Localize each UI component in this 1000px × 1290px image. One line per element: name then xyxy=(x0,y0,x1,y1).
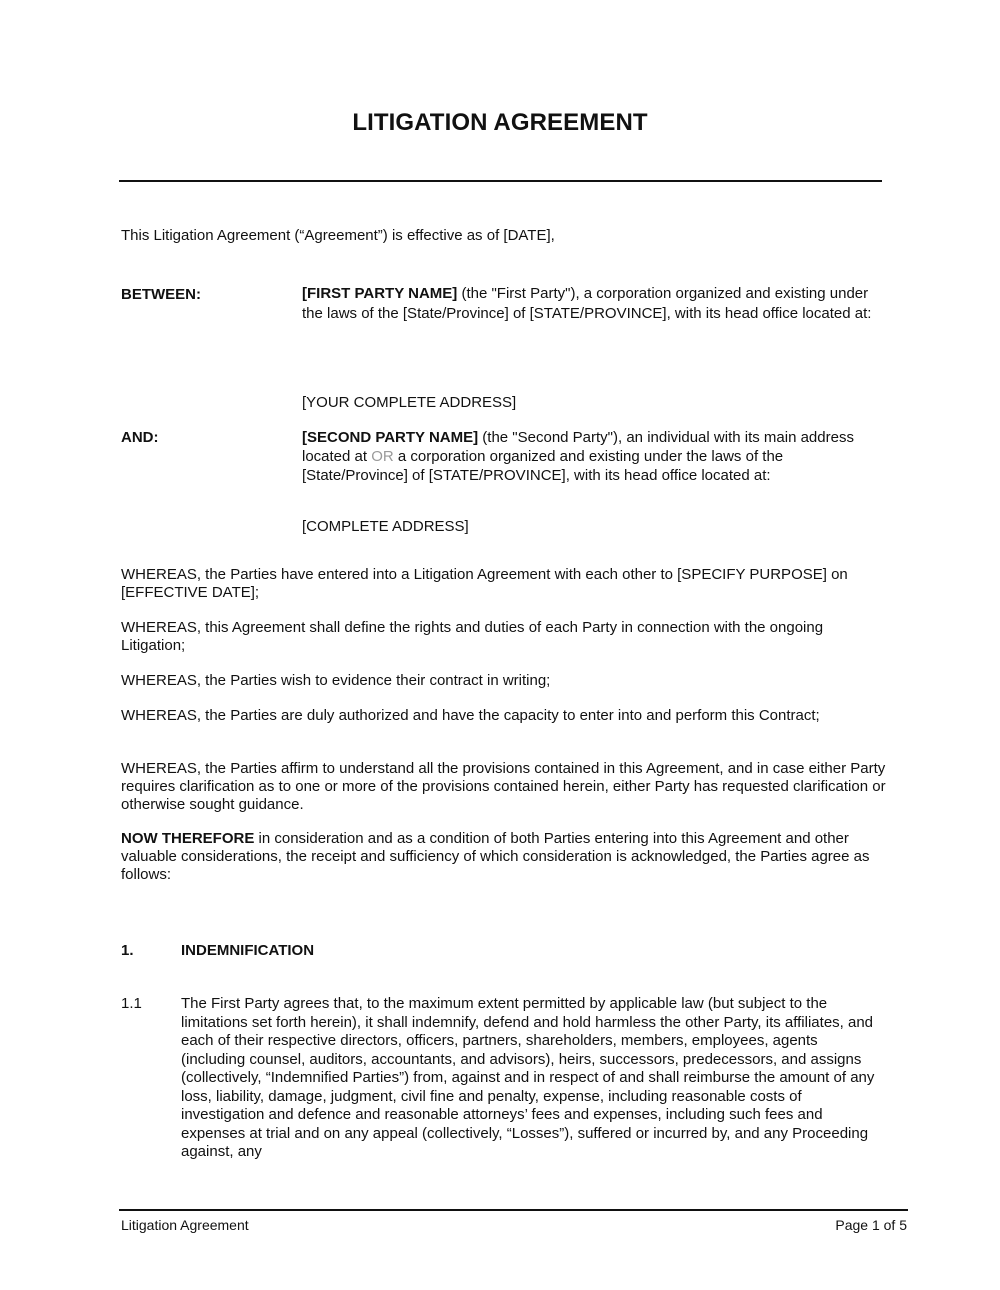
between-label: BETWEEN: xyxy=(121,286,201,304)
intro-paragraph: This Litigation Agreement (“Agreement”) … xyxy=(121,227,886,245)
second-party-address: [COMPLETE ADDRESS] xyxy=(302,517,887,537)
section-title: INDEMNIFICATION xyxy=(181,942,314,960)
title-divider xyxy=(119,180,882,182)
recital-1: WHEREAS, the Parties have entered into a… xyxy=(121,566,886,602)
document-page: LITIGATION AGREEMENT This Litigation Agr… xyxy=(0,0,1000,1290)
or-marker: OR xyxy=(371,448,394,465)
recital-4: WHEREAS, the Parties are duly authorized… xyxy=(121,707,886,725)
and-label: AND: xyxy=(121,429,159,447)
second-party-description: [SECOND PARTY NAME] (the "Second Party")… xyxy=(302,428,887,485)
first-party-description: [FIRST PARTY NAME] (the "First Party"), … xyxy=(302,284,887,324)
first-party-name: [FIRST PARTY NAME] xyxy=(302,285,457,302)
recital-3: WHEREAS, the Parties wish to evidence th… xyxy=(121,672,886,690)
footer-divider xyxy=(119,1209,908,1211)
now-therefore-paragraph: NOW THEREFORE in consideration and as a … xyxy=(121,830,886,884)
recital-5: WHEREAS, the Parties affirm to understan… xyxy=(121,760,886,814)
clause-number: 1.1 xyxy=(121,995,142,1014)
second-party-name: [SECOND PARTY NAME] xyxy=(302,429,478,446)
clause-text: The First Party agrees that, to the maxi… xyxy=(181,995,881,1162)
first-party-address: [YOUR COMPLETE ADDRESS] xyxy=(302,393,887,413)
now-therefore-lead: NOW THEREFORE xyxy=(121,830,254,847)
recital-2: WHEREAS, this Agreement shall define the… xyxy=(121,619,886,655)
section-number: 1. xyxy=(121,942,134,960)
document-title: LITIGATION AGREEMENT xyxy=(0,109,1000,137)
footer-document-name: Litigation Agreement xyxy=(121,1217,249,1233)
footer-page-number: Page 1 of 5 xyxy=(835,1217,907,1233)
